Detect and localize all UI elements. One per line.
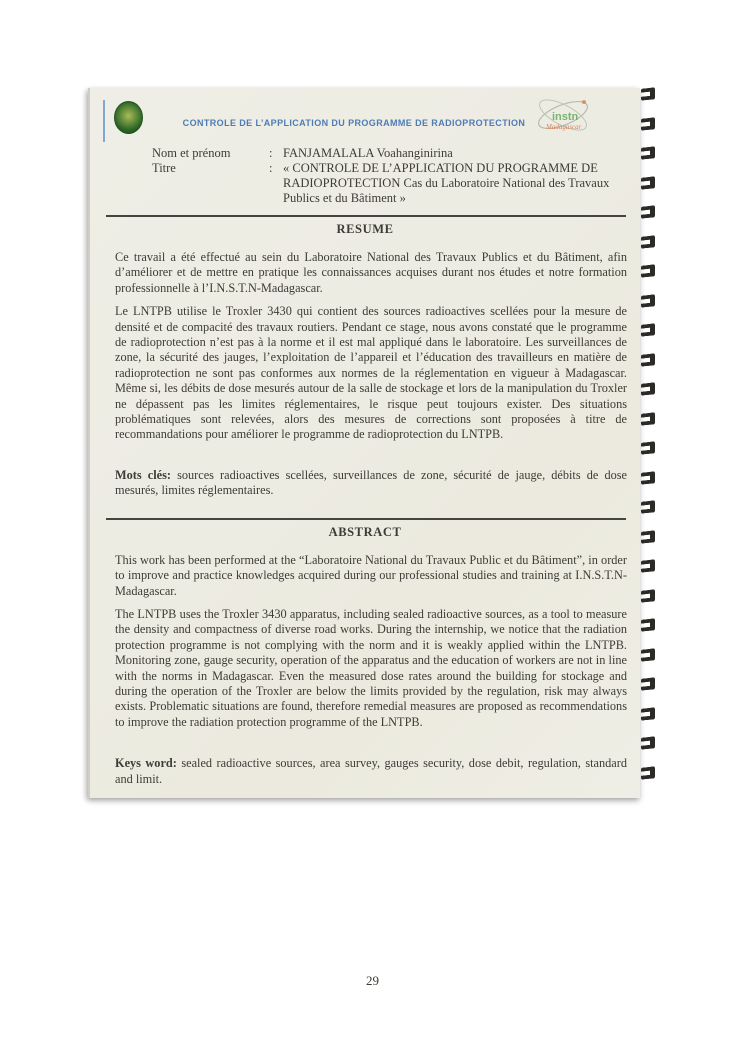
- resume-paragraph-1: Ce travail a été effectué au sein du Lab…: [115, 250, 627, 296]
- coil-mark-icon: [641, 530, 655, 543]
- coil-mark-icon: [641, 736, 655, 749]
- institution-seal-icon: [114, 101, 143, 134]
- coil-mark-icon: [641, 500, 655, 513]
- abstract-paragraph-1: This work has been performed at the “Lab…: [115, 553, 627, 599]
- resume-keywords-text: sources radioactives scellées, surveilla…: [115, 468, 627, 497]
- coil-mark-icon: [641, 648, 655, 661]
- resume-keywords-label: Mots clés:: [115, 468, 171, 482]
- coil-mark-icon: [641, 294, 655, 307]
- meta-row-title: Titre : « CONTROLE DE L’APPLICATION DU P…: [152, 161, 640, 206]
- svg-text:Madagascar: Madagascar: [545, 123, 582, 131]
- coil-mark-icon: [641, 323, 655, 336]
- coil-mark-icon: [641, 382, 655, 395]
- coil-mark-icon: [641, 441, 655, 454]
- coil-mark-icon: [641, 146, 655, 159]
- document-meta: Nom et prénom : FANJAMALALA Voahanginiri…: [152, 146, 640, 206]
- coil-mark-icon: [641, 471, 655, 484]
- name-label: Nom et prénom: [152, 146, 269, 161]
- abstract-heading: ABSTRACT: [90, 525, 640, 540]
- scanned-page: CONTROLE DE L’APPLICATION DU PROGRAMME D…: [88, 88, 640, 798]
- coil-mark-icon: [641, 559, 655, 572]
- resume-heading: RESUME: [90, 222, 640, 237]
- page-number: 29: [0, 973, 745, 989]
- instn-madagascar-logo: instn Madagascar: [524, 93, 602, 143]
- title-value: « CONTROLE DE L’APPLICATION DU PROGRAMME…: [283, 161, 628, 206]
- svg-text:instn: instn: [552, 111, 579, 123]
- abstract-paragraph-2: The LNTPB uses the Troxler 3430 apparatu…: [115, 607, 627, 730]
- divider-above-resume: [106, 215, 626, 217]
- coil-mark-icon: [641, 176, 655, 189]
- divider-above-abstract: [106, 518, 626, 520]
- coil-mark-icon: [641, 618, 655, 631]
- abstract-keywords-label: Keys word:: [115, 756, 177, 770]
- abstract-keywords: Keys word: sealed radioactive sources, a…: [115, 756, 627, 787]
- scan-artifact-line: [103, 100, 105, 142]
- title-label: Titre: [152, 161, 269, 176]
- coil-mark-icon: [641, 117, 655, 130]
- name-value: FANJAMALALA Voahanginirina: [283, 146, 628, 161]
- coil-mark-icon: [641, 412, 655, 425]
- coil-mark-icon: [641, 87, 655, 100]
- resume-paragraph-2: Le LNTPB utilise le Troxler 3430 qui con…: [115, 304, 627, 443]
- resume-section: Ce travail a été effectué au sein du Lab…: [90, 250, 640, 499]
- abstract-keywords-text: sealed radioactive sources, area survey,…: [115, 756, 627, 785]
- coil-mark-icon: [641, 766, 655, 779]
- page-header-title: CONTROLE DE L’APPLICATION DU PROGRAMME D…: [178, 118, 530, 128]
- coil-mark-icon: [641, 707, 655, 720]
- coil-mark-icon: [641, 353, 655, 366]
- resume-keywords: Mots clés: sources radioactives scellées…: [115, 468, 627, 499]
- spiral-binding: [641, 88, 661, 796]
- title-colon: :: [269, 161, 283, 176]
- atom-orbits-icon: instn Madagascar: [524, 93, 602, 143]
- coil-mark-icon: [641, 205, 655, 218]
- name-colon: :: [269, 146, 283, 161]
- coil-mark-icon: [641, 264, 655, 277]
- coil-mark-icon: [641, 589, 655, 602]
- coil-mark-icon: [641, 677, 655, 690]
- coil-mark-icon: [641, 235, 655, 248]
- abstract-section: This work has been performed at the “Lab…: [90, 553, 640, 787]
- meta-row-name: Nom et prénom : FANJAMALALA Voahanginiri…: [152, 146, 640, 161]
